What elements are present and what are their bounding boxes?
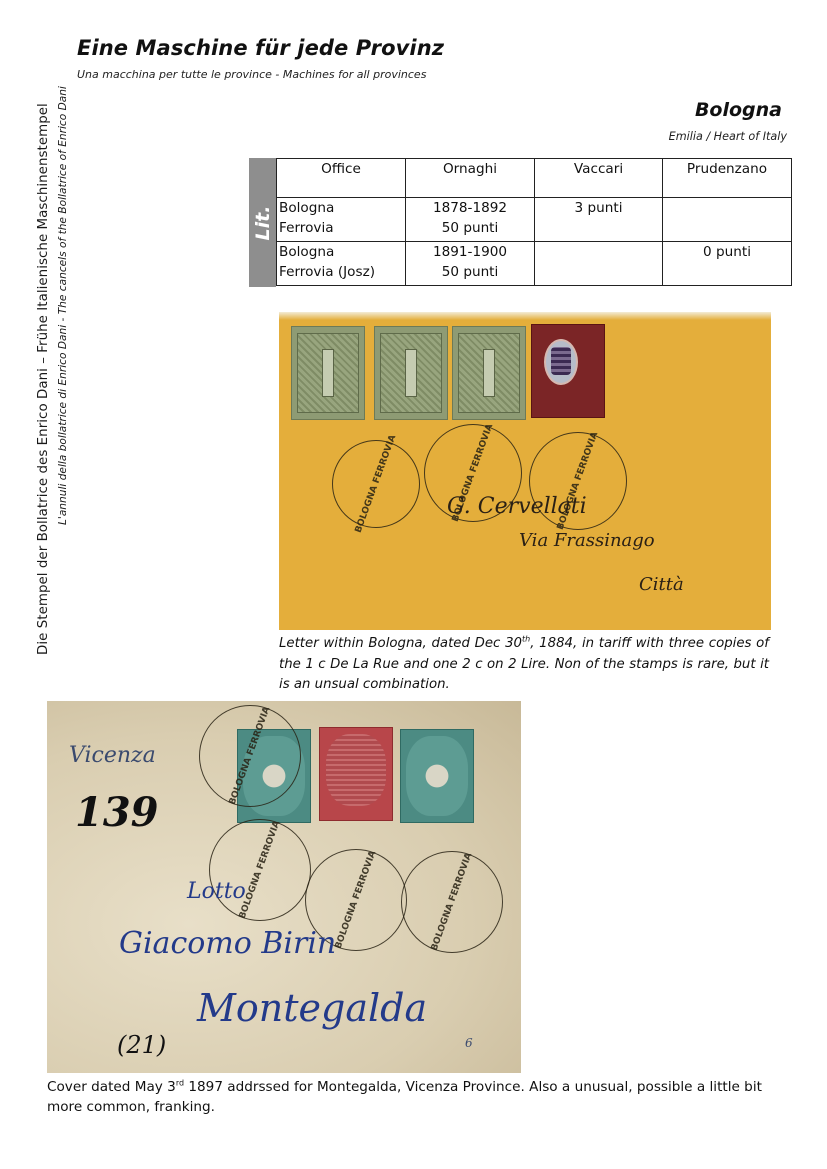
note-circle-number: 6 [465, 1036, 473, 1050]
note-vicenza: Vicenza [69, 743, 156, 768]
note-number-small: (21) [117, 1031, 166, 1059]
stamp-1c-green [291, 326, 365, 420]
stamp-1c-green [374, 326, 448, 420]
address-line: Giacomo Birin [119, 926, 336, 961]
rating-table: Office Ornaghi Vaccari Prudenzano Bologn… [276, 158, 792, 286]
cell-prudenzano: 0 punti [663, 242, 792, 286]
stamp-2c-on-2-lire [531, 324, 605, 418]
header-vaccari: Vaccari [535, 159, 663, 198]
header-prudenzano: Prudenzano [663, 159, 792, 198]
side-subtitle: L'annuli della bollatrice di Enrico Dani… [57, 86, 69, 525]
page-subtitle: Una macchina per tutte le province - Mac… [77, 68, 426, 81]
address-line: Via Frassinago [519, 530, 655, 551]
address-line: Città [639, 574, 684, 595]
address-line: Montegalda [197, 986, 427, 1030]
stamp-1c-green [452, 326, 526, 420]
cell-vaccari: 3 punti [535, 198, 663, 242]
cell-ornaghi: 1878-1892 50 punti [406, 198, 535, 242]
table-row: Bologna Ferrovia (Josz) 1891-1900 50 pun… [277, 242, 792, 286]
page-title: Eine Maschine für jede Provinz [77, 36, 444, 60]
cell-prudenzano [663, 198, 792, 242]
side-title: Die Stempel der Bollatrice des Enrico Da… [36, 103, 51, 655]
address-line: G. Cervellati [447, 494, 587, 519]
header-office: Office [277, 159, 406, 198]
caption-cover-1897: Cover dated May 3rd 1897 addrssed for Mo… [47, 1077, 792, 1117]
cell-office: Bologna Ferrovia [277, 198, 406, 242]
cover-image-1897: BOLOGNA FERROVIA BOLOGNA FERROVIA BOLOGN… [47, 701, 521, 1073]
region-title: Bologna [695, 99, 782, 121]
note-number: 139 [75, 789, 159, 836]
postmark: BOLOGNA FERROVIA [332, 440, 420, 528]
literature-tab: Lit. [249, 158, 276, 287]
cell-ornaghi: 1891-1900 50 punti [406, 242, 535, 286]
caption-cover-1884: Letter within Bologna, dated Dec 30th, 1… [279, 634, 769, 696]
postmark: BOLOGNA FERROVIA [401, 851, 503, 953]
region-subtitle: Emilia / Heart of Italy [669, 130, 787, 143]
table-row: Bologna Ferrovia 1878-1892 50 punti 3 pu… [277, 198, 792, 242]
postmark: BOLOGNA FERROVIA [209, 819, 311, 921]
table-header-row: Office Ornaghi Vaccari Prudenzano [277, 159, 792, 198]
stamp-5c-green-arms [400, 729, 474, 823]
header-ornaghi: Ornaghi [406, 159, 535, 198]
stamp-10c-carmine [319, 727, 393, 821]
literature-tab-label: Lit. [252, 205, 274, 240]
cover-image-1884: BOLOGNA FERROVIA BOLOGNA FERROVIA BOLOGN… [279, 312, 771, 630]
postmark: BOLOGNA FERROVIA [199, 705, 301, 807]
address-line: Lotto [187, 879, 246, 904]
cell-office: Bologna Ferrovia (Josz) [277, 242, 406, 286]
cell-vaccari [535, 242, 663, 286]
